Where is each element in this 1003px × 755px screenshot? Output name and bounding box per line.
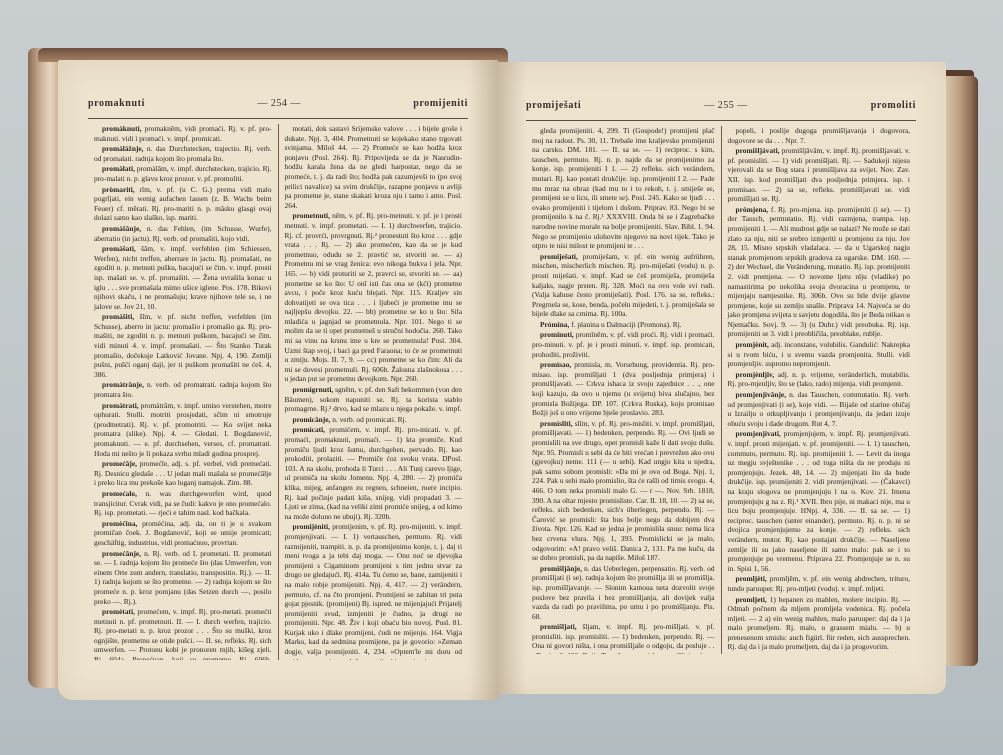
dictionary-entry: promàšiti, šîm, v. pf. nicht treffen, ve… (94, 312, 272, 379)
entry-headword: promjènit, (736, 340, 772, 349)
entry-headword: promjènljiv, (736, 370, 778, 379)
running-head-right: promiješati — 255 — promoliti (526, 100, 916, 118)
dictionary-entry: promjènit, adj. inconstans, volubilis. G… (728, 340, 911, 369)
entry-headword: promìsao, (540, 360, 574, 369)
running-head-left: promaknuti — 254 — promijeniti (88, 98, 468, 116)
right-page: promiješati — 255 — promoliti gleda prom… (496, 62, 946, 694)
dictionary-entry: prominuti, promînêm, v. pf. vidi proći. … (532, 330, 715, 359)
entry-definition: šâm, v. impf. verfehlen (im Schiessen, W… (94, 244, 272, 311)
text-columns: promàknuti, promaknêm, vidi promaći. Rj.… (88, 124, 468, 660)
entry-definition: slîm, v. pf. Rj. pro-misliti. v. impf. p… (532, 419, 715, 562)
dictionary-entry: promišljávati, promišljâvâm, v. impf. Rj… (728, 146, 911, 204)
dictionary-entry: promijèniti, promijenim, v. pf. Rj. pro-… (285, 522, 463, 660)
entry-definition: f. Rj. pro-mjena. isp. promijeniti (i se… (728, 205, 911, 339)
dictionary-entry: promjenjívati, promjenjujem, v. impf. Rj… (728, 429, 911, 573)
dictionary-entry: Prómina, f. planina u Dalmaciji (Promona… (532, 320, 715, 330)
header-rule (88, 118, 468, 119)
dictionary-entry: promećalo, n. was durchgeworfen wird, qu… (94, 489, 272, 518)
dictionary-entry: promljeti, 1) bepanen zu mahlen, molere … (728, 595, 911, 653)
entry-headword: promèćina, (102, 519, 142, 528)
entry-definition: motati, dok sastavi Srijemske valove . .… (285, 124, 463, 210)
entry-headword: promàtrânje, (102, 380, 147, 389)
entry-headword: promećâje, (102, 459, 140, 468)
dictionary-entry: promećânje, n. Rj. verb. od I. prometati… (94, 549, 272, 607)
entry-definition: gleda promijeniti. 4, 299. Ti (Gospode!)… (532, 126, 715, 250)
dictionary-entry: prómjena, f. Rj. pro-mjena. isp. promije… (728, 205, 911, 339)
dictionary-entry: promètati, promećem, v. impf. Rj. pro-me… (94, 607, 272, 660)
dictionary-entry: promìsao, promisla, m. Vorsehung, provid… (532, 360, 715, 418)
entry-definition: popeli, i poslije dugoga promišljavanja … (728, 126, 911, 145)
entry-headword: promećalo, (102, 489, 145, 498)
entry-headword: promàšiti, (102, 312, 139, 321)
dictionary-entry: promàknuti, promaknêm, vidi promaći. Rj.… (94, 124, 272, 143)
open-book: promaknuti — 254 — promijeniti promàknut… (28, 48, 978, 748)
dictionary-entry: promišljânje, n. das Ueberlegen, perpens… (532, 564, 715, 622)
dictionary-entry: promàšati, šâm, v. impf. verfehlen (im S… (94, 244, 272, 311)
entry-headword: promìšljati, (540, 622, 582, 631)
entry-definition: promićem, v. impf. Rj. pro-micati. v. pf… (285, 425, 463, 520)
entry-headword: promìsliti, (540, 419, 575, 428)
dictionary-entry: promèćina, promèćina, adj. da, on ti je … (94, 519, 272, 548)
dictionary-entry: pròmariti, rîm, v. pf. (u C. G.) prema v… (94, 185, 272, 223)
entry-headword: promijèniti, (293, 522, 333, 531)
dictionary-entry: motati, dok sastavi Srijemske valove . .… (285, 124, 463, 210)
dictionary-entry: prometnuti, nêm, v. pf. Rj. pro-metnuti.… (285, 211, 463, 384)
entry-definition: promjenjujem, v. impf. Rj. promjenjivati… (728, 429, 911, 572)
dictionary-entry: gleda promijeniti. 4, 299. Ti (Gospode!)… (532, 126, 715, 251)
entry-definition: promiješam, v. pf. ein wenig aufrühren, … (532, 252, 715, 319)
entry-headword: promàlati, (102, 164, 137, 173)
column-2: popeli, i poslije dugoga promišljavanja … (721, 126, 917, 654)
entry-definition: n. verb. od promicati. Rj. (332, 415, 406, 424)
column-2: motati, dok sastavi Srijemske valove . .… (278, 124, 469, 660)
text-columns: gleda promijeniti. 4, 299. Ti (Gospode!)… (526, 126, 916, 654)
running-head-last-word: promijeniti (413, 98, 468, 109)
header-rule (526, 120, 916, 121)
dictionary-entry: promìgrnuti, sgnêm, v. pf. den Saft beko… (285, 385, 463, 414)
dictionary-entry: promìšljati, šljam, v. impf. Rj. pro-miš… (532, 622, 715, 654)
entry-headword: promišljávati, (736, 146, 782, 155)
book-cover-right-edge (946, 76, 978, 666)
entry-definition: f. planina u Dalmaciji (Promona). Rj. (571, 320, 681, 329)
column-1: gleda promijeniti. 4, 299. Ti (Gospode!)… (526, 126, 721, 654)
entry-headword: promišljânje, (540, 564, 584, 573)
entry-headword: promètati, (102, 607, 137, 616)
entry-headword: promicânje, (293, 415, 333, 424)
entry-headword: promećânje, (102, 549, 144, 558)
dictionary-entry: promìsliti, slîm, v. pf. Rj. pro-misliti… (532, 419, 715, 563)
dictionary-entry: promećâje, promećîe, adj. s. pf. verbel,… (94, 459, 272, 488)
entry-headword: prominuti, (540, 330, 576, 339)
entry-headword: promljèti, (736, 574, 770, 583)
entry-headword: promàknuti, (102, 124, 145, 133)
entry-headword: promàšânje, (102, 224, 147, 233)
dictionary-entry: promàtrati, promàtrâm, v. impf. umiso ve… (94, 401, 272, 459)
dictionary-entry: promìcati, promićem, v. impf. Rj. pro-mi… (285, 425, 463, 521)
entry-headword: promjenjívânje, (736, 390, 790, 399)
entry-headword: prómjena, (736, 205, 771, 214)
dictionary-entry: promjenjívânje, n. das Tauschen, commuta… (728, 390, 911, 428)
entry-definition: promijenim, v. pf. Rj. pro-mijeniti. v. … (285, 522, 463, 660)
dictionary-entry: promljèti, promljêm, v. pf. ein wenig ab… (728, 574, 911, 593)
entry-headword: promàtrati, (102, 401, 141, 410)
entry-headword: promìgrnuti, (293, 385, 336, 394)
entry-headword: promàšati, (102, 244, 141, 253)
page-number: — 254 — (257, 98, 301, 109)
dictionary-entry: promicânje, n. verb. od promicati. Rj. (285, 415, 463, 425)
running-head-last-word: promoliti (871, 100, 916, 111)
entry-headword: promàlàžnje, (102, 144, 147, 153)
entry-headword: pròmariti, (102, 185, 140, 194)
entry-headword: promìcati, (293, 425, 330, 434)
dictionary-entry: promàlàžnje, n. das Durchstecken, trajec… (94, 144, 272, 163)
entry-definition: šîm, v. pf. nicht treffen, verfehlen (im… (94, 312, 272, 379)
dictionary-entry: promiješati, promiješam, v. pf. ein weni… (532, 252, 715, 319)
running-head-first-word: promiješati (526, 100, 581, 111)
entry-definition: nêm, v. pf. Rj. pro-metnuti. v. pf. je i… (285, 211, 463, 383)
dictionary-entry: promàšânje, n. das Fehlen, (im Schusse, … (94, 224, 272, 243)
running-head-first-word: promaknuti (88, 98, 145, 109)
dictionary-entry: popeli, i poslije dugoga promišljavanja … (728, 126, 911, 145)
entry-headword: promòliti, (736, 653, 769, 654)
entry-headword: Prómina, (540, 320, 571, 329)
column-1: promàknuti, promaknêm, vidi promaći. Rj.… (88, 124, 278, 660)
dictionary-entry: promjènljiv, adj. n. p. vrijeme, verände… (728, 370, 911, 389)
page-number: — 255 — (704, 100, 748, 111)
dictionary-entry: promàtrânje, n. verb. od promatrati. rad… (94, 380, 272, 399)
entry-headword: promiješati, (540, 252, 583, 261)
dictionary-entry: promàlati, promàlâm, v. impf. durchsteck… (94, 164, 272, 183)
dictionary-entry: promòliti, promolîm, v. pf. durchstecken… (728, 653, 911, 654)
left-page: promaknuti — 254 — promijeniti promàknut… (58, 60, 498, 700)
entry-headword: prometnuti, (293, 211, 333, 220)
entry-headword: promjenjívati, (736, 429, 784, 438)
entry-headword: promljeti, (736, 595, 770, 604)
